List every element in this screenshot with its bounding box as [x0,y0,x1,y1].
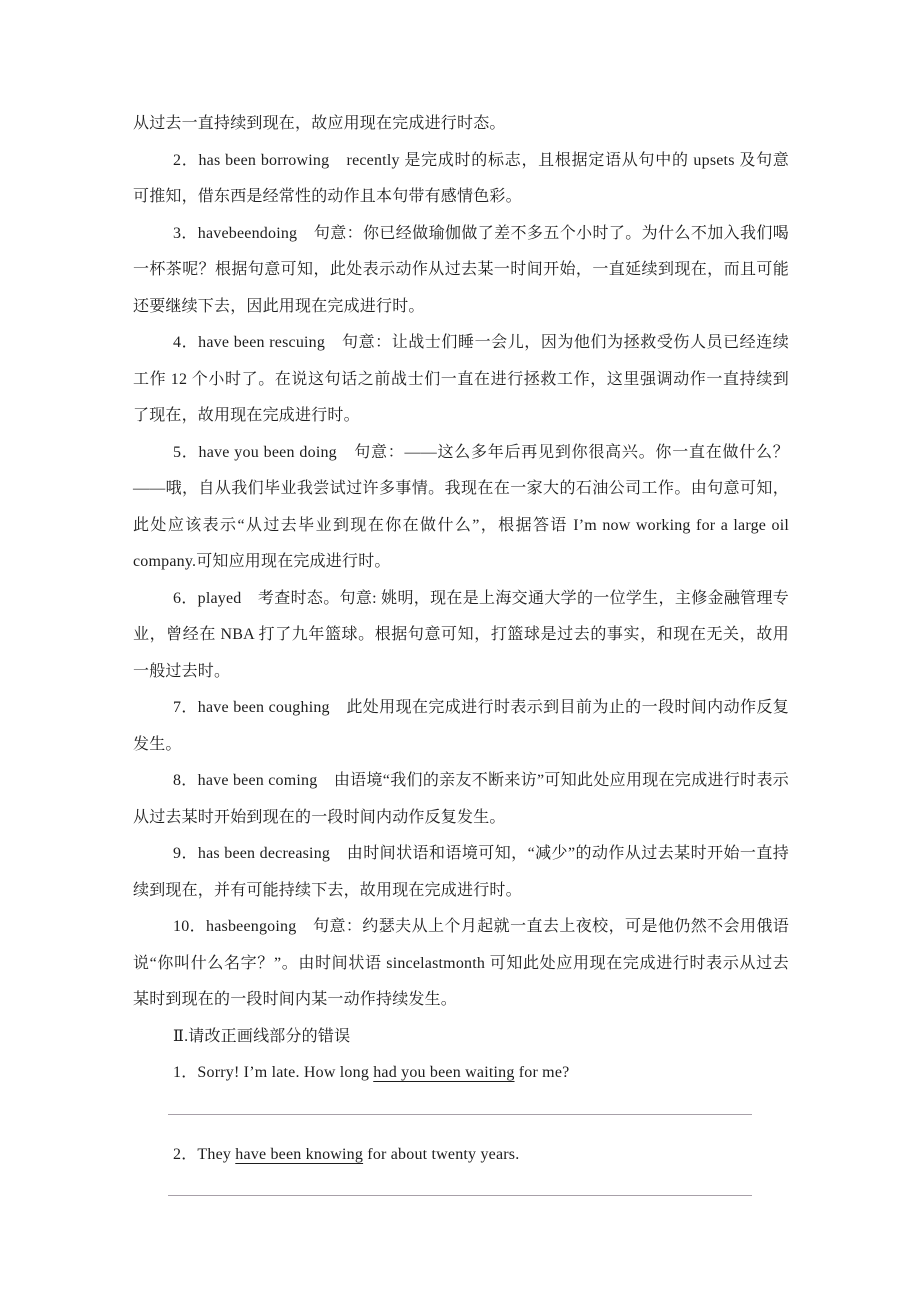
document-body: 从过去一直持续到现在，故应用现在完成进行时态。2．has been borrow… [133,106,789,1196]
text-segment: for me? [515,1064,570,1081]
text-segment: for about twenty years. [363,1146,519,1163]
text-segment: 2．They [173,1146,235,1163]
exercise-2-sentence: 2．They have been knowing for about twent… [133,1137,789,1174]
text-segment: Ⅱ.请改正画线部分的错误 [173,1028,350,1045]
underlined-error-phrase: had you been waiting [373,1064,514,1081]
text-segment: 1．Sorry! I’m late. How long [173,1064,373,1081]
text-segment: 从过去一直持续到现在，故应用现在完成进行时态。 [133,115,506,132]
item-9-explanation: 9．has been decreasing 由时间状语和语境可知，“减少”的动作… [133,836,789,909]
item-4-explanation: 4．have been rescuing 句意：让战士们睡一会儿，因为他们为拯救… [133,325,789,435]
text-segment: 8．have been coming 由语境“我们的亲友不断来访”可知此处应用现… [133,772,789,826]
exercise-1-answer-blank [168,1114,752,1115]
text-segment: 10．hasbeengoing 句意：约瑟夫从上个月起就一直去上夜校，可是他仍然… [133,918,789,1008]
exercise-1-sentence: 1．Sorry! I’m late. How long had you been… [133,1055,789,1092]
item-2-explanation: 2．has been borrowing recently 是完成时的标志，且根… [133,143,789,216]
text-segment: 9．has been decreasing 由时间状语和语境可知，“减少”的动作… [133,845,789,899]
document-page: 从过去一直持续到现在，故应用现在完成进行时态。2．has been borrow… [0,0,920,1302]
underlined-error-phrase: have been knowing [235,1146,363,1163]
text-segment: 4．have been rescuing 句意：让战士们睡一会儿，因为他们为拯救… [133,334,789,424]
item-6-explanation: 6．played 考查时态。句意: 姚明，现在是上海交通大学的一位学生，主修金融… [133,581,789,691]
item-1-explanation-continuation: 从过去一直持续到现在，故应用现在完成进行时态。 [133,106,789,143]
item-5-explanation: 5．have you been doing 句意：——这么多年后再见到你很高兴。… [133,435,789,581]
item-8-explanation: 8．have been coming 由语境“我们的亲友不断来访”可知此处应用现… [133,763,789,836]
item-10-explanation: 10．hasbeengoing 句意：约瑟夫从上个月起就一直去上夜校，可是他仍然… [133,909,789,1019]
exercise-2-answer-blank [168,1195,752,1196]
text-segment: 3．havebeendoing 句意：你已经做瑜伽做了差不多五个小时了。为什么不… [133,225,789,315]
item-7-explanation: 7．have been coughing 此处用现在完成进行时表示到目前为止的一… [133,690,789,763]
item-3-explanation: 3．havebeendoing 句意：你已经做瑜伽做了差不多五个小时了。为什么不… [133,216,789,326]
text-segment: 6．played 考查时态。句意: 姚明，现在是上海交通大学的一位学生，主修金融… [133,590,789,680]
text-segment: 7．have been coughing 此处用现在完成进行时表示到目前为止的一… [133,699,789,753]
text-segment: 5．have you been doing 句意：——这么多年后再见到你很高兴。… [133,444,789,571]
section-ii-heading: Ⅱ.请改正画线部分的错误 [133,1019,789,1056]
text-segment: 2．has been borrowing recently 是完成时的标志，且根… [133,152,789,206]
